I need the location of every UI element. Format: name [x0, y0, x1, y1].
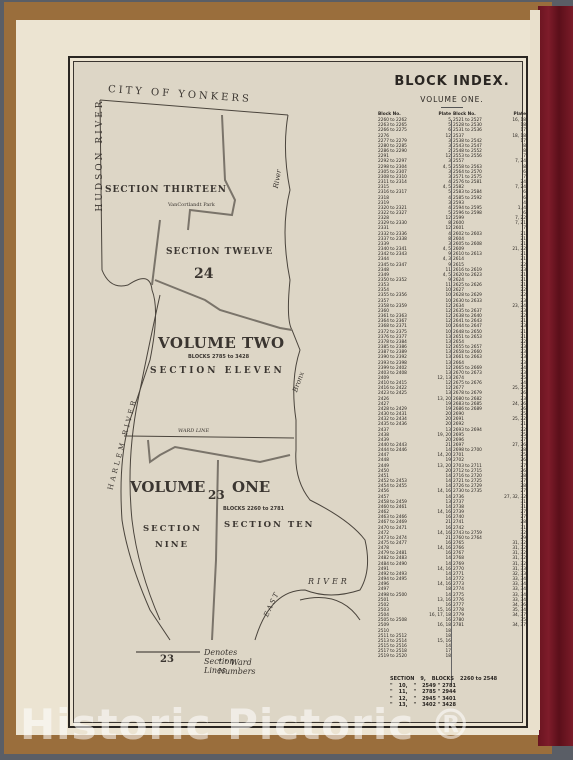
- column-divider: [451, 120, 452, 685]
- label-section-eleven: SECTION ELEVEN: [150, 366, 285, 376]
- broadway: [152, 220, 160, 285]
- plate-number: 34, 37: [512, 623, 526, 628]
- index-row: 278134, 37: [453, 623, 526, 628]
- block-index-left-column: Block No.Plate 2260 to 226252263 to 2265…: [378, 112, 451, 660]
- label-volume-one-b: ONE: [232, 478, 270, 496]
- block-index-subtitle: VOLUME ONE.: [378, 95, 526, 104]
- label-volume-one-blocks: BLOCKS 2260 to 2781: [223, 506, 284, 512]
- block-index-columns: Block No.Plate 2260 to 226252263 to 2265…: [378, 112, 526, 660]
- block-range: 2519 to 2520: [378, 654, 407, 659]
- third-avenue: [212, 460, 218, 640]
- column-header: Block No.Plate: [378, 112, 451, 117]
- east-river-shore: [300, 598, 360, 621]
- legend-ward-number: 23: [160, 654, 174, 665]
- jerome-avenue: [188, 115, 235, 230]
- label-volume-two: VOLUME TWO: [158, 334, 285, 352]
- column-header: Block No.Plate: [453, 112, 526, 117]
- label-volume-one: VOLUME: [130, 478, 205, 496]
- block-range: 2781: [453, 623, 464, 628]
- watermark-text: Historic Pictoric ®: [20, 700, 473, 749]
- label-river: RIVER: [308, 577, 350, 586]
- legend-ward-numbers-text: " " Ward Numbers: [218, 658, 256, 676]
- label-section-nine-b: NINE: [155, 540, 189, 550]
- label-section-thirteen: SECTION THIRTEEN: [105, 185, 227, 195]
- title-rule: [441, 107, 463, 108]
- label-ward-line: WARD LINE: [178, 428, 209, 434]
- header-block-no: Block No.: [453, 112, 476, 117]
- section-map: [74, 62, 374, 722]
- block-index-title: BLOCK INDEX.: [378, 74, 526, 89]
- summary-cell: 2260 to 2548: [460, 676, 497, 683]
- yonkers-boundary-line: [100, 100, 288, 115]
- label-van-cortlandt-park: VanCortlandt Park: [168, 202, 215, 208]
- label-ward-23: 23: [208, 488, 225, 502]
- book-spine: [538, 6, 573, 746]
- page-edge: [530, 10, 540, 730]
- header-plate: Plate: [514, 112, 527, 117]
- block-index: BLOCK INDEX. VOLUME ONE. Block No.Plate …: [378, 74, 526, 660]
- label-ward-24: 24: [194, 266, 213, 282]
- kingsbridge-pelham-road: [155, 280, 292, 330]
- label-section-ten: SECTION TEN: [224, 520, 314, 530]
- label-hudson-river: HUDSON RIVER: [95, 85, 105, 225]
- boston-road: [148, 440, 290, 462]
- label-volume-two-blocks: BLOCKS 2785 to 3428: [188, 354, 249, 360]
- label-section-nine-a: SECTION: [143, 524, 202, 534]
- bronx-river-boundary: [255, 115, 368, 640]
- label-section-twelve: SECTION TWELVE: [166, 247, 273, 257]
- index-row: 2519 to 252018: [378, 654, 451, 659]
- header-plate: Plate: [439, 112, 452, 117]
- header-block-no: Block No.: [378, 112, 401, 117]
- ward-line: [124, 436, 294, 438]
- block-index-right-column: Block No.Plate 2521 to 252716, 182528 to…: [453, 112, 526, 660]
